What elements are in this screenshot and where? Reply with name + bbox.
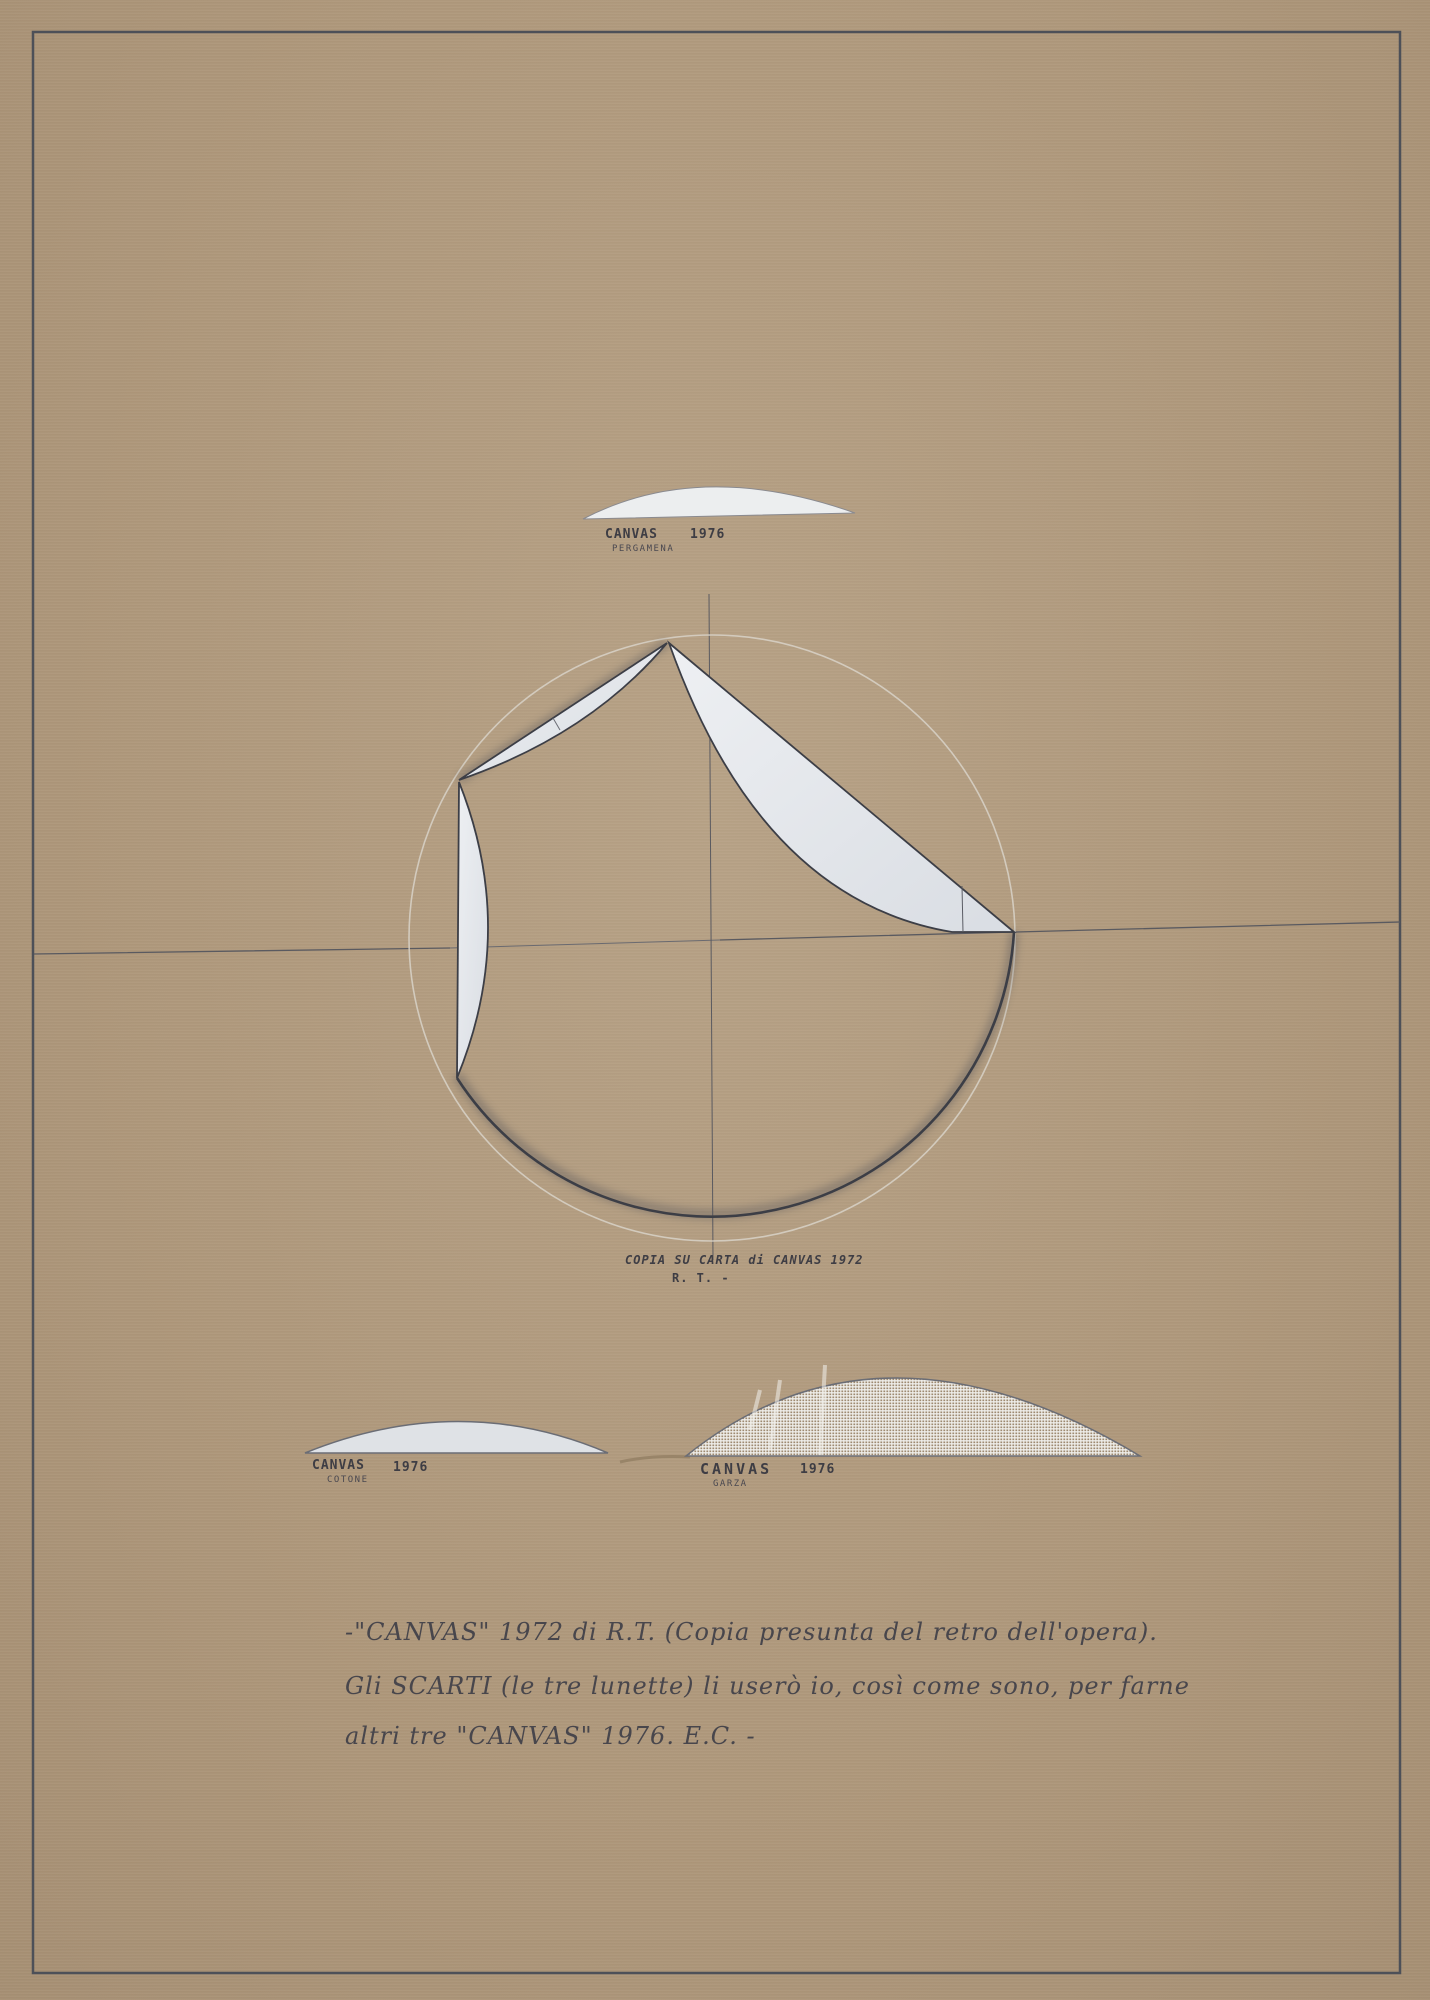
top-lunette-title: CANVAS — [605, 527, 658, 542]
cotone-lunette-title: CANVAS — [312, 1458, 365, 1473]
circle-caption-line1: COPIA SU CARTA di CANVAS 1972 — [625, 1253, 864, 1267]
horizontal-fold-line-left — [450, 940, 720, 948]
lunette-pergamena — [583, 487, 855, 519]
garza-lunette-title: CANVAS — [700, 1460, 772, 1478]
drawing-canvas — [0, 0, 1430, 2000]
garza-lunette-material: GARZA — [713, 1479, 748, 1489]
handwritten-note-line3: altri tre "CANVAS" 1976. E.C. - — [345, 1722, 756, 1750]
lunette-cotone — [305, 1422, 608, 1454]
horizontal-axis-line — [34, 922, 1400, 954]
cotone-lunette-year: 1976 — [393, 1460, 428, 1475]
lunette-left — [457, 782, 488, 1078]
garza-lunette-year: 1976 — [800, 1462, 835, 1477]
circle-cut-outline — [457, 932, 1014, 1217]
circle-caption-line2: R. T. - — [672, 1271, 730, 1285]
lunette-top-left — [459, 643, 667, 780]
top-lunette-material: PERGAMENA — [612, 544, 674, 554]
top-lunette-year: 1976 — [690, 527, 725, 542]
handwritten-note-line2: Gli SCARTI (le tre lunette) li userò io,… — [345, 1672, 1190, 1700]
handwritten-note-line1: -"CANVAS" 1972 di R.T. (Copia presunta d… — [345, 1618, 1158, 1646]
cotone-lunette-material: COTONE — [327, 1475, 369, 1485]
